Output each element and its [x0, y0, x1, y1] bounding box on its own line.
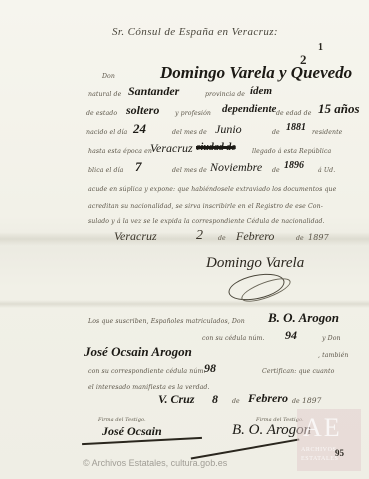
label-mes: del mes de: [172, 129, 207, 136]
residence: Veracruz: [150, 141, 193, 156]
label-estado: de estado: [86, 110, 117, 117]
watermark-line: ESTATALES: [301, 456, 338, 462]
birth-day: 24: [133, 121, 146, 137]
body-line: acreditan su nacionalidad, se sirva insc…: [88, 203, 323, 210]
margin-note: 1: [318, 42, 323, 53]
label-de: de: [232, 398, 240, 405]
label-natural: natural de: [88, 91, 121, 98]
body-line: acude en súplica y expone: que habiéndos…: [88, 186, 336, 193]
birth-year: 1881: [286, 122, 306, 133]
label-tambien: , también: [318, 352, 348, 359]
date-year: 1897: [308, 233, 329, 242]
label-de: de: [296, 235, 304, 242]
label-de: de: [272, 167, 280, 174]
label-de: de: [218, 235, 226, 242]
arrival-year: 1896: [284, 160, 304, 171]
arrival-day: 7: [135, 159, 142, 175]
label-llegado: llegado á esta República: [252, 148, 331, 155]
witness-statement: el interesado manifiesta es la verdad.: [88, 384, 210, 391]
label-provincia: provincia de: [205, 91, 245, 98]
birthplace: Santander: [128, 84, 179, 99]
document-header: Sr. Cónsul de España en Veracruz:: [112, 26, 278, 38]
label-certifican: Certifican: que cuanto: [262, 368, 334, 375]
label-don: Don: [102, 73, 115, 80]
label-residente: residente: [312, 129, 342, 136]
label-de: de: [292, 398, 300, 405]
label-hasta: hasta esta época en: [88, 148, 152, 155]
label-nacido: nacido el día: [86, 129, 127, 136]
witness-date-month: Febrero: [248, 391, 288, 406]
witness-1-signature: José Ocsain: [102, 424, 162, 439]
witness-1-cedula: 94: [285, 328, 297, 343]
witness-intro: Los que suscriben, Españoles matriculado…: [88, 318, 245, 325]
date-day: 2: [196, 228, 203, 244]
witness-1-name: B. O. Arogon: [268, 310, 339, 326]
label-y-don: y Don: [322, 335, 341, 342]
watermark-logo: AE: [303, 413, 342, 443]
province: ídem: [250, 85, 272, 97]
archivos-estatales-watermark: AE ARCHIVOS ESTATALES: [297, 409, 361, 471]
witness-date-day: 8: [212, 392, 218, 407]
date-month: Febrero: [236, 229, 274, 244]
label-profesion: y profesión: [175, 110, 211, 117]
label-edad: de edad de: [276, 110, 311, 117]
label-el-dia: blica el día: [88, 167, 123, 174]
birth-month: Junio: [215, 122, 242, 137]
label-cedula: con su cédula núm.: [202, 335, 265, 342]
copyright-notice: © Archivos Estatales, cultura.gob.es: [83, 458, 227, 468]
applicant-name: Domingo Varela y Quevedo: [160, 63, 352, 83]
watermark-line: ARCHIVOS: [301, 447, 336, 453]
crossed-out-text: ciudad de: [196, 142, 236, 153]
signature-underline: [191, 438, 300, 459]
firma-label-1: Firma del Testigo.: [98, 417, 146, 423]
label-cedula-2: con su correspondiente cédula núm.: [88, 368, 206, 375]
date-place: Veracruz: [114, 229, 157, 244]
paper-fold: [0, 300, 369, 308]
witness-date-place: V. Cruz: [158, 392, 194, 407]
body-line: sulado y á la vez se le expida la corres…: [88, 218, 325, 225]
label-mes: del mes de: [172, 167, 207, 174]
label-ud: á Ud.: [318, 167, 335, 174]
document-page: Sr. Cónsul de España en Veracruz: 1 2 Do…: [0, 0, 369, 479]
age: 15 años: [318, 101, 360, 117]
witness-2-name: José Ocsain Arogon: [84, 344, 192, 360]
profession: dependiente: [222, 103, 276, 115]
witness-2-cedula: 98: [204, 361, 216, 376]
label-de: de: [272, 129, 280, 136]
witness-date-year: 1897: [302, 396, 322, 405]
arrival-month: Noviembre: [210, 160, 262, 175]
marital-status: soltero: [126, 103, 159, 118]
stamp-number: 95: [335, 448, 344, 458]
applicant-signature: Domingo Varela: [206, 255, 304, 272]
